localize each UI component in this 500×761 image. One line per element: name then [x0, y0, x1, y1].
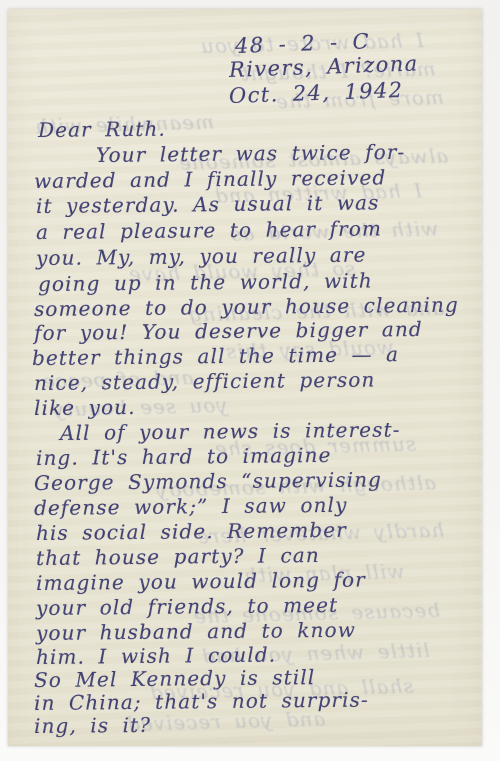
- letter-line: better things all the time — a: [32, 342, 399, 370]
- letter-line: you. My, my, you really are: [36, 243, 367, 270]
- letter-line: a real pleasure to hear from: [36, 216, 382, 244]
- letter-line: All of your news is interest-: [60, 417, 401, 445]
- letter-page: I had wrote to you marie? I thought more…: [8, 9, 482, 746]
- letter-line: Your letter was twice for-: [96, 140, 406, 167]
- letter-line: for you! You deserve bigger and: [34, 317, 423, 345]
- letter-line: nice, steady, efficient person: [34, 367, 376, 395]
- letter-line: George Symonds “supervising: [34, 467, 382, 495]
- letter-line: that house party? I can: [36, 543, 320, 570]
- letter-line: defense work;” I saw only: [34, 493, 348, 520]
- letter-line: warded and I finally received: [34, 165, 387, 193]
- letter-line: imagine you would long for: [36, 568, 366, 595]
- letter-line: ing, is it?: [34, 713, 151, 738]
- salutation: Dear Ruth.: [38, 117, 166, 142]
- letter-line: in China; that's not surpris-: [34, 687, 369, 715]
- letter-line: your old friends, to meet: [36, 593, 338, 620]
- letter-line: like you.: [34, 395, 136, 420]
- letter-line: your husband and to know: [36, 618, 356, 645]
- letter-line: going up in the world, with: [38, 268, 373, 296]
- letter-line: ing. It's hard to imagine: [36, 443, 332, 470]
- letter-line: it yesterday. As usual it was: [36, 190, 380, 218]
- letter-line: his social side. Remember: [36, 518, 347, 545]
